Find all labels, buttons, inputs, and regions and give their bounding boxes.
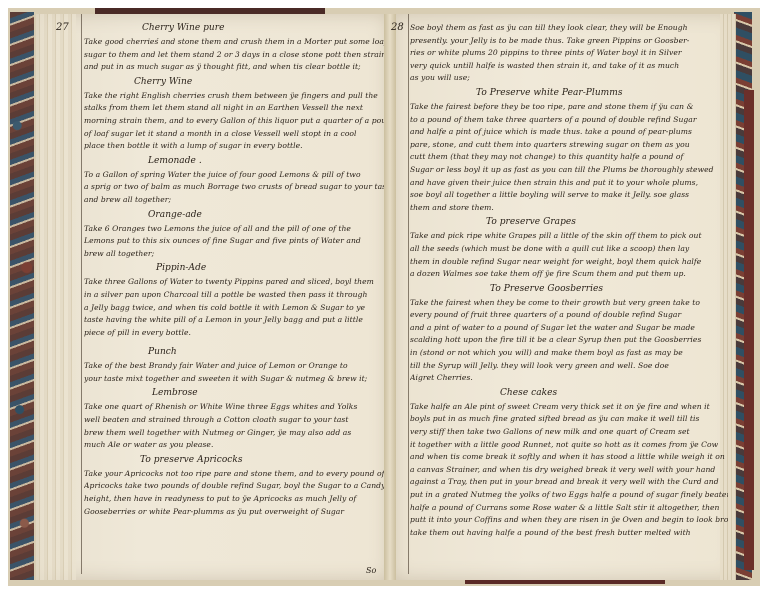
recipe-line: Take one quart of Rhenish or White Wine … bbox=[84, 401, 384, 414]
recipe-line: brew them well together with Nutmeg or G… bbox=[84, 427, 384, 440]
right-page-text: Soe boyl them as fast as ÿu can till the… bbox=[410, 22, 728, 539]
recipe-line: Soe boyl them as fast as ÿu can till the… bbox=[410, 22, 728, 35]
recipe-line: a Jelly bagg twice, and when tis cold bo… bbox=[84, 302, 384, 315]
recipe-line: Take the fairest when they be come to th… bbox=[410, 297, 728, 310]
marbled-endpaper-left bbox=[10, 12, 34, 580]
recipe-line: and put in as much sugar as ÿ thought fi… bbox=[84, 61, 384, 74]
recipe-line: well beaten and strained through a Cotto… bbox=[84, 414, 384, 427]
recipe-line: of loaf sugar let it stand a month in a … bbox=[84, 128, 384, 141]
recipe-line: brew all together; bbox=[84, 248, 384, 261]
recipe-line: Take halfe an Ale pint of sweet Cream ve… bbox=[410, 401, 728, 414]
recipe-line: them in double refind Sugar near weight … bbox=[410, 256, 728, 269]
recipe-line: morning strain them, and to every Gallon… bbox=[84, 115, 384, 128]
recipe-line: your taste mixt together and sweeten it … bbox=[84, 373, 384, 386]
recipe-line: and halfe a pint of juice which is made … bbox=[410, 126, 728, 139]
recipe-line: every pound of fruit three quarters of a… bbox=[410, 309, 728, 322]
left-margin-rule bbox=[81, 14, 82, 574]
recipe-line: halfe a pound of Currans some Rose water… bbox=[410, 502, 728, 515]
recipe-title: Pippin-Ade bbox=[84, 261, 384, 275]
recipe-line: much Ale or water as you please. bbox=[84, 439, 384, 452]
recipe-line: Take of the best Brandy fair Water and j… bbox=[84, 360, 384, 373]
leaf-edges-left bbox=[36, 14, 76, 580]
recipe-line: to a pound of them take three quarters o… bbox=[410, 114, 728, 127]
recipe-line: Aigret Cherries. bbox=[410, 372, 728, 385]
recipe-line: take them out having halfe a pound of th… bbox=[410, 527, 728, 540]
recipe-line: ries or white plums 20 pippins to three … bbox=[410, 47, 728, 60]
recipe-line: Lemons put to this six ounces of fine Su… bbox=[84, 235, 384, 248]
recipe-title: Cherry Wine bbox=[84, 75, 384, 89]
recipe-line: Take your Apricocks not too ripe pare an… bbox=[84, 468, 384, 481]
recipe-line: Take the fairest before they be too ripe… bbox=[410, 101, 728, 114]
recipe-line: till the Syrup will Jelly. they will loo… bbox=[410, 360, 728, 373]
page-number-left: 27 bbox=[56, 22, 69, 33]
recipe-line: in (stond or not which you will) and mak… bbox=[410, 347, 728, 360]
recipe-line: a dozen Walmes soe take them off ÿe fire… bbox=[410, 268, 728, 281]
recipe-line: and a pint of water to a pound of Sugar … bbox=[410, 322, 728, 335]
recipe-title: Lembrose bbox=[84, 386, 384, 400]
recipe-line: Apricocks take two pounds of double refi… bbox=[84, 480, 384, 493]
recipe-line: Gooseberries or white Pear-plumms as ÿu … bbox=[84, 506, 384, 519]
recipe-line: taste having the white pill of a Lemon i… bbox=[84, 314, 384, 327]
recipe-line: scalding hott upon the fire till it be a… bbox=[410, 334, 728, 347]
recipe-line: stalks from them let them stand all nigh… bbox=[84, 102, 384, 115]
recipe-line: pare, stone, and cutt them into quarters… bbox=[410, 139, 728, 152]
book-gutter bbox=[384, 14, 396, 580]
recipe-line: it together with a little good Runnet, n… bbox=[410, 439, 728, 452]
recipe-line: boyls put in as much fine grated sifted … bbox=[410, 413, 728, 426]
recipe-line: very quick untill halfe is wasted then s… bbox=[410, 60, 728, 73]
recipe-line: Take 6 Oranges two Lemons the juice of a… bbox=[84, 223, 384, 236]
recipe-line: very stiff then take two Gallons of new … bbox=[410, 426, 728, 439]
recipe-title: To Preserve white Pear-Plumms bbox=[410, 86, 728, 100]
recipe-line: all the seeds (which must be done with a… bbox=[410, 243, 728, 256]
recipe-line: and have given their juice then strain t… bbox=[410, 177, 728, 190]
recipe-title: Cherry Wine pure bbox=[84, 21, 384, 35]
recipe-title: Lemonade . bbox=[84, 154, 384, 168]
recipe-line: place then bottle it with a lump of suga… bbox=[84, 140, 384, 153]
recipe-line: Take the right English cherries crush th… bbox=[84, 90, 384, 103]
recipe-line: Take and pick ripe white Grapes pill a l… bbox=[410, 230, 728, 243]
recipe-line: Take good cherrieś and stone them and cr… bbox=[84, 36, 384, 49]
recipe-line: in a silver pan upon Charcoal till a pot… bbox=[84, 289, 384, 302]
recipe-line: soe boyl all together a little boyling w… bbox=[410, 189, 728, 202]
recipe-title: To Preserve Goosberries bbox=[410, 282, 728, 296]
recipe-line: cutt them (that they may not change) to … bbox=[410, 151, 728, 164]
recipe-line: presently. your Jelly is to be made thus… bbox=[410, 35, 728, 48]
recipe-title: Orange-ade bbox=[84, 208, 384, 222]
catchword: So bbox=[366, 566, 376, 575]
recipe-line: putt it into your Coffins and when they … bbox=[410, 514, 728, 527]
recipe-line: a canvas Strainer, and when tis dry weig… bbox=[410, 464, 728, 477]
recipe-line: and when tis come break it softly and wh… bbox=[410, 451, 728, 464]
recipe-line: against a Tray, then put in your bread a… bbox=[410, 476, 728, 489]
left-page-text: Cherry Wine pure Take good cherrieś and … bbox=[84, 20, 384, 518]
recipe-line: a sprig or two of balm as much Borrage t… bbox=[84, 181, 384, 194]
recipe-line: put in a grated Nutmeg the yolks of two … bbox=[410, 489, 728, 502]
recipe-line: piece of pill in every bottle. bbox=[84, 327, 384, 340]
page-number-right: 28 bbox=[391, 22, 404, 33]
recipe-line: them and store them. bbox=[410, 202, 728, 215]
recipe-line: Take three Gallons of Water to twenty Pi… bbox=[84, 276, 384, 289]
recipe-line: and brew all together; bbox=[84, 194, 384, 207]
recipe-line: height, then have in readyness to put to… bbox=[84, 493, 384, 506]
recipe-title: To preserve Grapes bbox=[410, 215, 728, 229]
recipe-line: To a Gallon of spring Water the juice of… bbox=[84, 169, 384, 182]
recipe-title: To preserve Apricocks bbox=[84, 453, 384, 467]
binding-strip-right bbox=[744, 90, 754, 570]
right-margin-rule bbox=[408, 14, 409, 574]
recipe-line: as you will use; bbox=[410, 72, 728, 85]
recipe-title: Punch bbox=[84, 345, 384, 359]
recipe-line: Sugar or less boyl it up as fast as you … bbox=[410, 164, 728, 177]
recipe-title: Chese cakes bbox=[410, 386, 728, 400]
recipe-line: sugar to them and let them stand 2 or 3 … bbox=[84, 49, 384, 62]
